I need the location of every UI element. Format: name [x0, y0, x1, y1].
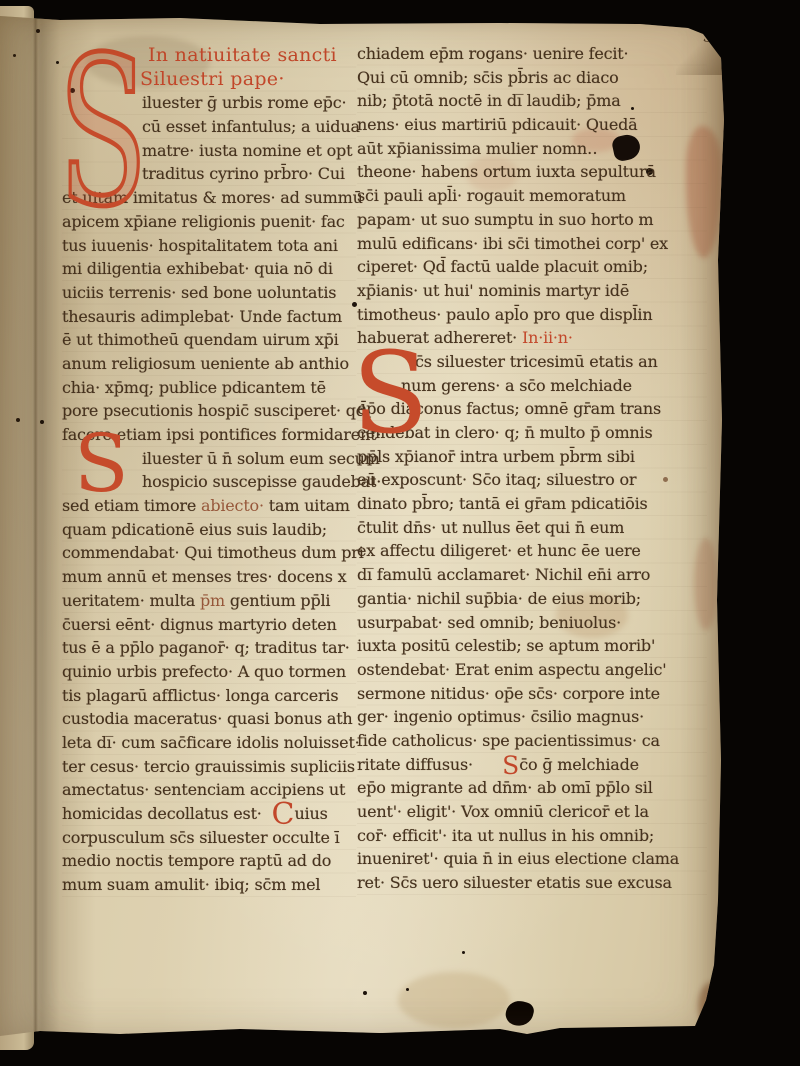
- manuscript-text-line: Siluestri pape·: [62, 68, 356, 92]
- text-run: ostendebat· Erat enim aspectu angelic': [357, 660, 666, 679]
- text-run: c̄uersi eēnt· dignus martyrio deten: [62, 615, 337, 634]
- manuscript-text-line: gantia· nichil sup̄bia· de eius morib;: [357, 587, 707, 611]
- text-run: mum suam amulit· ibiq; sc̄m mel: [62, 875, 320, 894]
- text-run: p̄m: [200, 591, 225, 610]
- manuscript-text-line: papam· ut suo sumptu in suo horto m: [357, 208, 707, 232]
- text-run: cū esset infantulus; a uidua: [142, 117, 360, 136]
- text-run: papam· ut suo sumptu in suo horto m: [357, 210, 653, 229]
- wormhole-speck: [56, 61, 59, 64]
- manuscript-text-line: ep̄o migrante ad dn̄m· ab omī pp̄lo sil: [357, 776, 707, 800]
- text-run: ciperet· Qd̄ factū ualde placuit omib;: [357, 257, 648, 276]
- text-run: c̄tulit dn̄s· ut nullus ēet qui n̄ eum: [357, 518, 624, 537]
- manuscript-page: 3 In natiuitate sanctiSiluestri pape·ilu…: [0, 0, 728, 1066]
- text-run: habuerat adhereret·: [357, 328, 522, 347]
- manuscript-text-line: dinato pb̄ro; tantā ei gr̄am pdicatiōis: [357, 492, 707, 516]
- manuscript-text-line: eū exposcunt· Sc̄o itaq; siluestro or: [357, 468, 707, 492]
- text-run: homicidas decollatus est·: [62, 804, 271, 823]
- manuscript-text-line: iluester ḡ urbis rome ep̄c·: [62, 91, 356, 115]
- manuscript-text-line: traditus cyrino prb̄ro· Cui: [62, 162, 356, 186]
- manuscript-text-line: facere etiam ipsi pontifices formidarent…: [62, 423, 356, 447]
- ink-blot: [503, 998, 535, 1029]
- manuscript-text-line: ciperet· Qd̄ factū ualde placuit omib;: [357, 255, 707, 279]
- text-run: matre· iusta nomine et opt: [142, 141, 352, 160]
- text-run: cendebat in clero· q; n̄ multo p̄ omnis: [357, 423, 652, 442]
- manuscript-text-line: theone· habens ortum iuxta sepulturā: [357, 160, 707, 184]
- text-column-left: In natiuitate sanctiSiluestri pape·ilues…: [62, 44, 356, 897]
- inline-initial: S: [502, 751, 519, 780]
- manuscript-text-line: sc̄i pauli apl̄i· rogauit memoratum: [357, 184, 707, 208]
- manuscript-text-line: ex affectu diligeret· et hunc ēe uere: [357, 539, 707, 563]
- rubric-text-run: Siluestri pape·: [140, 68, 285, 90]
- manuscript-text-line: quam pdicationē eius suis laudib;: [62, 518, 356, 542]
- text-run: anum religiosum ueniente ab anthio: [62, 354, 349, 373]
- manuscript-text-line: hospicio suscepisse gaudebat·: [62, 470, 356, 494]
- wormhole-speck: [36, 29, 40, 33]
- manuscript-text-line: medio noctis tempore raptū ad do: [62, 849, 356, 873]
- manuscript-text-line: cendebat in clero· q; n̄ multo p̄ omnis: [357, 421, 707, 445]
- text-run: uius: [294, 804, 327, 823]
- manuscript-text-line: pore psecutionis hospic̄ susciperet· qd̄: [62, 399, 356, 423]
- manuscript-text-line: sed etiam timore abiecto· tam uitam: [62, 494, 356, 518]
- text-run: ritate diffusus·: [357, 755, 502, 774]
- text-run: medio noctis tempore raptū ad do: [62, 851, 331, 870]
- text-run: Qui cū omnib; sc̄is pb̄ris ac diaco: [357, 68, 619, 87]
- text-run: traditus cyrino prb̄ro· Cui: [142, 164, 345, 183]
- manuscript-text-line: ritate diffusus· Sc̄o ḡ melchiade: [357, 753, 707, 777]
- manuscript-text-line: ostendebat· Erat enim aspectu angelic': [357, 658, 707, 682]
- manuscript-text-line: leta di̅· cum sac̄ficare idolis noluisse…: [62, 731, 356, 755]
- text-run: inueniret'· quia n̄ in eius electione cl…: [357, 849, 679, 868]
- manuscript-text-line: di̅ famulū acclamaret· Nichil en̄i arro: [357, 563, 707, 587]
- text-run: tis plagarū afflictus· longa carceris: [62, 686, 338, 705]
- text-run: fide catholicus· spe pacientissimus· ca: [357, 731, 660, 750]
- text-run: quam pdicationē eius suis laudib;: [62, 520, 327, 539]
- manuscript-text-line: pp̄ls xp̄ianor̄ intra urbem pb̄rm sibi: [357, 445, 707, 469]
- text-run: iluester ḡ urbis rome ep̄c·: [142, 93, 346, 112]
- text-run: et uitam imitatus & mores· ad summū: [62, 188, 363, 207]
- manuscript-text-line: chia· xp̄mq; publice pdicantem tē: [62, 376, 356, 400]
- text-run: usurpabat· sed omnib; beniuolus·: [357, 613, 621, 632]
- text-run: c̄s siluester tricesimū etatis an: [415, 352, 658, 371]
- manuscript-text-line: uent'· eligit'· Vox omniū clericor̄ et l…: [357, 800, 707, 824]
- text-run: aūt xp̄ianissima mulier nomn‥: [357, 139, 597, 158]
- manuscript-text-line: ē ut thimotheū quendam uirum xp̄i: [62, 328, 356, 352]
- manuscript-text-line: ueritatem· multa p̄m gentium pp̄li: [62, 589, 356, 613]
- photo-background: 3 In natiuitate sanctiSiluestri pape·ilu…: [0, 0, 800, 1066]
- manuscript-text-line: ep̄o diaconus factus; omnē gr̄am trans: [357, 397, 707, 421]
- wormhole-speck: [462, 951, 465, 954]
- text-run: di̅ famulū acclamaret· Nichil en̄i arro: [357, 565, 650, 584]
- text-run: leta di̅· cum sac̄ficare idolis noluisse…: [62, 733, 360, 752]
- manuscript-text-line: mum suam amulit· ibiq; sc̄m mel: [62, 873, 356, 897]
- text-run: nib; p̄totā noctē in di̅ laudib; p̄ma: [357, 91, 621, 110]
- manuscript-text-line: homicidas decollatus est· Cuius: [62, 802, 356, 826]
- manuscript-text-line: custodia maceratus· quasi bonus ath: [62, 707, 356, 731]
- text-run: iluester ū n̄ solum eum secum: [142, 449, 380, 468]
- manuscript-text-line: inueniret'· quia n̄ in eius electione cl…: [357, 847, 707, 871]
- rubric-text-run: In·ii·n·: [522, 328, 573, 347]
- text-run: abiecto·: [201, 496, 264, 515]
- manuscript-text-line: tis plagarū afflictus· longa carceris: [62, 684, 356, 708]
- text-run: eū exposcunt· Sc̄o itaq; siluestro or: [357, 470, 636, 489]
- manuscript-text-line: anum religiosum ueniente ab anthio: [62, 352, 356, 376]
- text-run: mi diligentia exhibebat· quia nō di: [62, 259, 333, 278]
- tan-stain: [398, 972, 510, 1028]
- manuscript-text-line: iuxta positū celestib; se aptum morib': [357, 634, 707, 658]
- text-run: ex affectu diligeret· et hunc ēe uere: [357, 541, 641, 560]
- text-run: gantia· nichil sup̄bia· de eius morib;: [357, 589, 641, 608]
- text-run: theone· habens ortum iuxta sepulturā: [357, 162, 656, 181]
- text-run: pp̄ls xp̄ianor̄ intra urbem pb̄rm sibi: [357, 447, 635, 466]
- manuscript-text-line: ter cesus· tercio grauissimis supliciis: [62, 755, 356, 779]
- manuscript-text-line: nens· eius martiriū pdicauit· Quedā: [357, 113, 707, 137]
- binding-crease: [33, 0, 38, 1066]
- manuscript-text-line: Qui cū omnib; sc̄is pb̄ris ac diaco: [357, 66, 707, 90]
- manuscript-text-line: amectatus· sentenciam accipiens ut: [62, 778, 356, 802]
- manuscript-text-line: tus iuuenis· hospitalitatem tota ani: [62, 234, 356, 258]
- manuscript-text-line: ger· ingenio optimus· c̄silio magnus·: [357, 705, 707, 729]
- manuscript-text-line: mum annū et menses tres· docens x: [62, 565, 356, 589]
- text-run: cor̄· efficit'· ita ut nullus in his omn…: [357, 826, 654, 845]
- text-run: dinato pb̄ro; tantā ei gr̄am pdicatiōis: [357, 494, 648, 513]
- manuscript-text-line: mi diligentia exhibebat· quia nō di: [62, 257, 356, 281]
- text-run: timotheus· paulo apl̄o pro que displ̄in: [357, 305, 652, 324]
- manuscript-text-line: fide catholicus· spe pacientissimus· ca: [357, 729, 707, 753]
- manuscript-text-line: timotheus· paulo apl̄o pro que displ̄in: [357, 303, 707, 327]
- text-run: uiciis terrenis· sed bone uoluntatis: [62, 283, 336, 302]
- text-run: hospicio suscepisse gaudebat·: [142, 472, 381, 491]
- text-run: ger· ingenio optimus· c̄silio magnus·: [357, 707, 644, 726]
- text-run: uent'· eligit'· Vox omniū clericor̄ et l…: [357, 802, 649, 821]
- rubric-text-run: In natiuitate sancti: [148, 44, 337, 66]
- text-run: num gerens· a sc̄o melchiade: [401, 376, 632, 395]
- text-run: commendabat· Qui timotheus dum pri: [62, 543, 364, 562]
- text-run: sc̄i pauli apl̄i· rogauit memoratum: [357, 186, 626, 205]
- text-run: apicem xp̄iane religionis puenit· fac: [62, 212, 345, 231]
- manuscript-text-line: cū esset infantulus; a uidua: [62, 115, 356, 139]
- text-run: gentium pp̄li: [225, 591, 330, 610]
- text-run: quinio urbis prefecto· A quo tormen: [62, 662, 346, 681]
- text-run: tam uitam: [264, 496, 350, 515]
- wormhole-speck: [13, 54, 16, 57]
- manuscript-text-line: usurpabat· sed omnib; beniuolus·: [357, 611, 707, 635]
- wormhole-speck: [40, 420, 44, 424]
- manuscript-text-line: thesauris adimplebat· Unde factum: [62, 305, 356, 329]
- text-run: mum annū et menses tres· docens x: [62, 567, 346, 586]
- text-run: iuxta positū celestib; se aptum morib': [357, 636, 655, 655]
- manuscript-text-line: In natiuitate sancti: [62, 44, 356, 68]
- manuscript-text-line: chiadem ep̄m rogans· uenire fecit·: [357, 42, 707, 66]
- text-run: tus ē a pp̄lo paganor̄· q; traditus tar·: [62, 638, 350, 657]
- text-run: mulū edificans· ibi sc̄i timothei corp' …: [357, 234, 668, 253]
- manuscript-text-line: num gerens· a sc̄o melchiade: [357, 374, 707, 398]
- text-run: ret· Sc̄s uero siluester etatis sue excu…: [357, 873, 672, 892]
- manuscript-text-line: apicem xp̄iane religionis puenit· fac: [62, 210, 356, 234]
- manuscript-text-line: c̄tulit dn̄s· ut nullus ēet qui n̄ eum: [357, 516, 707, 540]
- text-run: c̄o ḡ melchiade: [519, 755, 639, 774]
- text-run: custodia maceratus· quasi bonus ath: [62, 709, 353, 728]
- text-run: ueritatem· multa: [62, 591, 200, 610]
- manuscript-text-line: habuerat adhereret· In·ii·n·: [357, 326, 707, 350]
- text-column-right: chiadem ep̄m rogans· uenire fecit·Qui cū…: [357, 42, 707, 895]
- manuscript-text-line: aūt xp̄ianissima mulier nomn‥: [357, 137, 707, 161]
- manuscript-text-line: quinio urbis prefecto· A quo tormen: [62, 660, 356, 684]
- manuscript-text-line: ret· Sc̄s uero siluester etatis sue excu…: [357, 871, 707, 895]
- text-run: ter cesus· tercio grauissimis supliciis: [62, 757, 355, 776]
- manuscript-text-line: nib; p̄totā noctē in di̅ laudib; p̄ma: [357, 89, 707, 113]
- manuscript-text-line: iluester ū n̄ solum eum secum: [62, 447, 356, 471]
- manuscript-text-line: cor̄· efficit'· ita ut nullus in his omn…: [357, 824, 707, 848]
- text-run: thesauris adimplebat· Unde factum: [62, 307, 342, 326]
- text-run: nens· eius martiriū pdicauit· Quedā: [357, 115, 638, 134]
- manuscript-text-line: et uitam imitatus & mores· ad summū: [62, 186, 356, 210]
- text-run: ē ut thimotheū quendam uirum xp̄i: [62, 330, 339, 349]
- text-run: chia· xp̄mq; publice pdicantem tē: [62, 378, 326, 397]
- text-run: ep̄o diaconus factus; omnē gr̄am trans: [357, 399, 661, 418]
- manuscript-text-line: tus ē a pp̄lo paganor̄· q; traditus tar·: [62, 636, 356, 660]
- manuscript-text-line: sermone nitidus· op̄e sc̄s· corpore inte: [357, 682, 707, 706]
- text-run: xp̄ianis· ut hui' nominis martyr idē: [357, 281, 629, 300]
- text-run: facere etiam ipsi pontifices formidarent…: [62, 425, 381, 444]
- text-run: sed etiam timore: [62, 496, 201, 515]
- wormhole-speck: [16, 418, 20, 422]
- wormhole-speck: [363, 991, 367, 995]
- manuscript-text-line: uiciis terrenis· sed bone uoluntatis: [62, 281, 356, 305]
- corner-stain: [698, 982, 726, 1030]
- manuscript-text-line: xp̄ianis· ut hui' nominis martyr idē: [357, 279, 707, 303]
- text-run: ep̄o migrante ad dn̄m· ab omī pp̄lo sil: [357, 778, 653, 797]
- manuscript-text-line: mulū edificans· ibi sc̄i timothei corp' …: [357, 232, 707, 256]
- manuscript-text-line: commendabat· Qui timotheus dum pri: [62, 541, 356, 565]
- wormhole-speck: [406, 988, 409, 991]
- manuscript-text-line: corpusculum sc̄s siluester occulte ī: [62, 826, 356, 850]
- text-run: tus iuuenis· hospitalitatem tota ani: [62, 236, 338, 255]
- text-run: pore psecutionis hospic̄ susciperet· qd̄: [62, 401, 366, 420]
- manuscript-text-line: c̄s siluester tricesimū etatis an: [357, 350, 707, 374]
- text-run: sermone nitidus· op̄e sc̄s· corpore inte: [357, 684, 660, 703]
- manuscript-text-line: matre· iusta nomine et opt: [62, 139, 356, 163]
- text-run: amectatus· sentenciam accipiens ut: [62, 780, 345, 799]
- manuscript-text-line: c̄uersi eēnt· dignus martyrio deten: [62, 613, 356, 637]
- text-run: chiadem ep̄m rogans· uenire fecit·: [357, 44, 628, 63]
- text-run: corpusculum sc̄s siluester occulte ī: [62, 828, 340, 847]
